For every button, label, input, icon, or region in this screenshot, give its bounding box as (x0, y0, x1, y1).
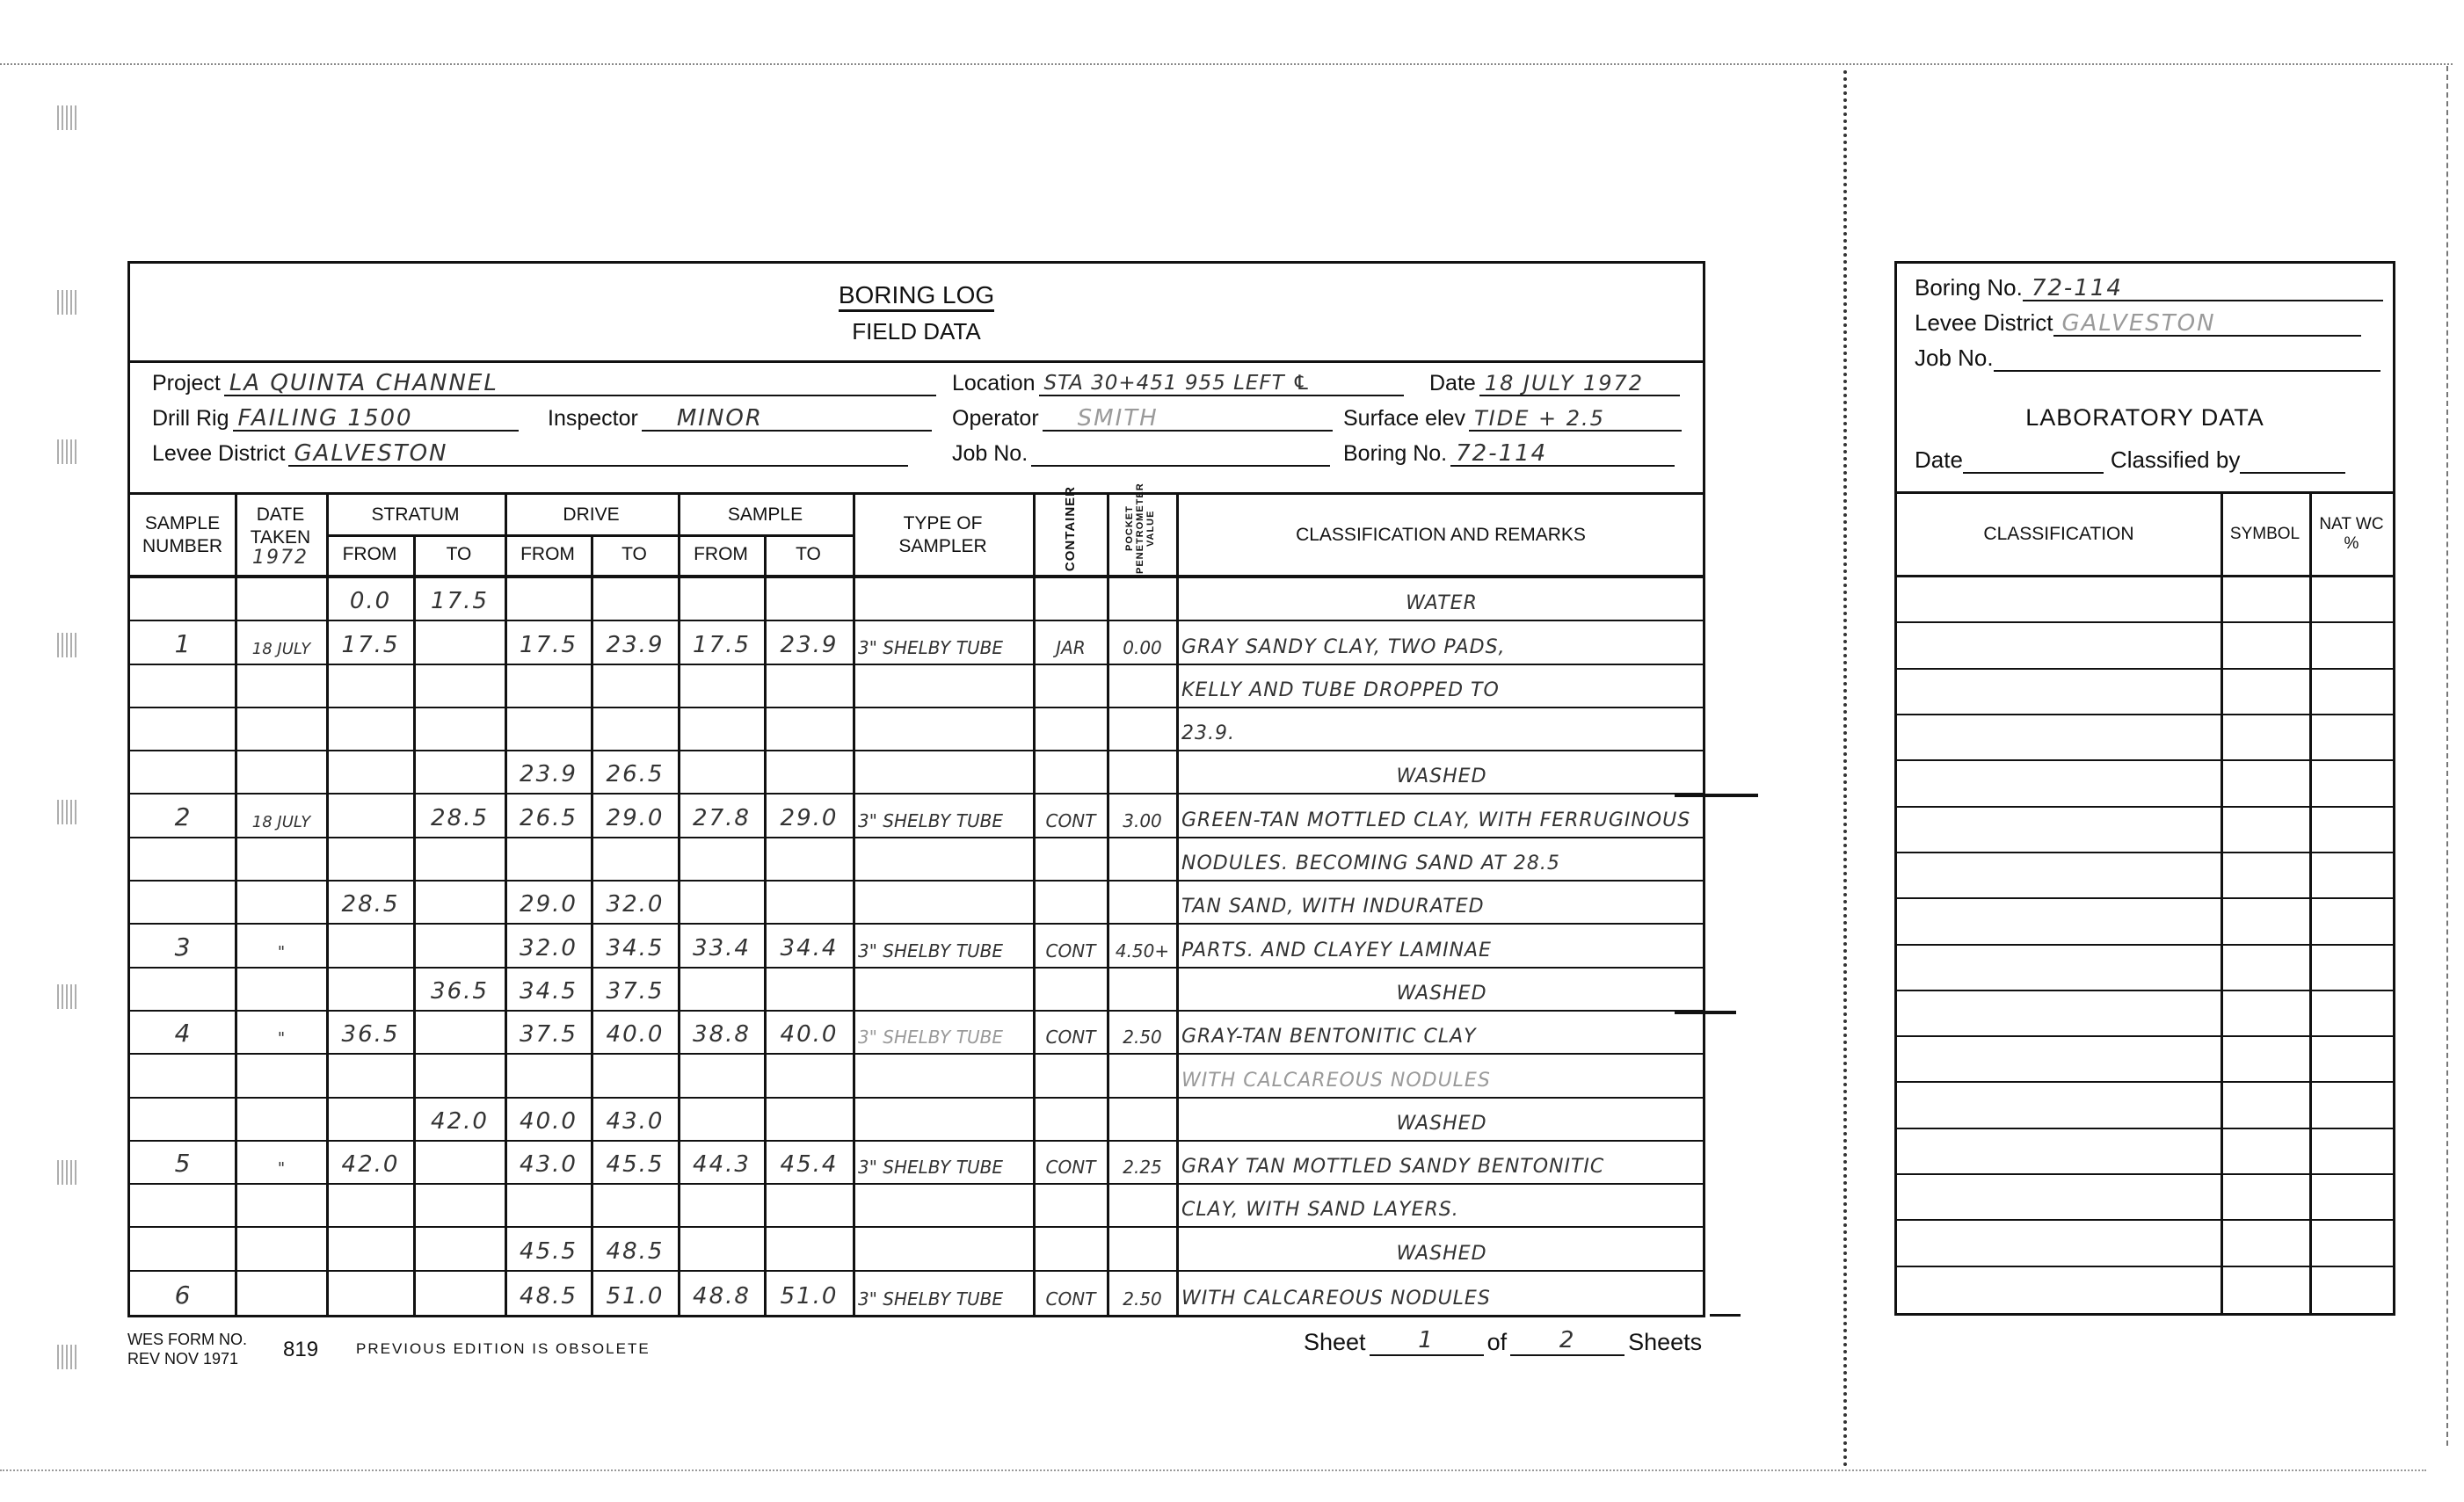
sampler-type-cell[interactable] (858, 969, 1029, 1010)
sample-to-cell[interactable]: 40.0 (769, 1012, 849, 1053)
lab-col-symbol: SYMBOL (2221, 494, 2309, 575)
drive-to-cell[interactable]: 29.0 (596, 795, 674, 836)
paper-top-edge (0, 63, 2453, 65)
lab-classified-by-input[interactable] (2240, 447, 2345, 474)
penetrometer-cell[interactable]: 2.25 (1112, 1142, 1173, 1183)
sample-number-cell[interactable] (135, 1099, 231, 1140)
drive-from-cell[interactable]: 37.5 (510, 1012, 587, 1053)
penetrometer-cell[interactable] (1112, 1185, 1173, 1226)
lab-col-nat-wc: NAT WC % (2309, 494, 2394, 575)
date-cell[interactable] (240, 969, 323, 1010)
drive-from-cell[interactable]: 17.5 (510, 621, 587, 663)
date-cell[interactable] (240, 665, 323, 707)
inspector-input[interactable]: MINOR (642, 405, 932, 432)
form-subtitle: FIELD DATA (130, 318, 1703, 345)
sample-to-cell[interactable] (769, 838, 849, 880)
remarks-cell[interactable]: 23.9. (1181, 708, 1702, 750)
remarks-cell[interactable]: WATER (1181, 578, 1702, 620)
lab-col-classification: CLASSIFICATION (1897, 494, 2221, 575)
container-cell[interactable]: JAR (1038, 621, 1103, 663)
sample-from-cell[interactable] (683, 1228, 760, 1269)
drive-to-cell[interactable] (596, 708, 674, 750)
penetrometer-cell[interactable] (1112, 1055, 1173, 1096)
sample-from-cell[interactable] (683, 708, 760, 750)
date-cell[interactable]: " (240, 1142, 323, 1183)
surface-elev-label: Surface elev (1343, 406, 1469, 432)
total-sheets-input[interactable]: 2 (1510, 1330, 1624, 1356)
penetrometer-cell[interactable]: 2.50 (1112, 1012, 1173, 1053)
project-label: Project (152, 371, 224, 396)
date-input[interactable]: 18 JULY 1972 (1479, 370, 1680, 396)
date-cell[interactable] (240, 1099, 323, 1140)
drive-from-cell[interactable] (510, 1185, 587, 1226)
lab-table-row[interactable] (1897, 946, 2393, 991)
stratum-from-cell[interactable] (331, 708, 410, 750)
drive-to-cell[interactable] (596, 1055, 674, 1096)
sample-from-cell[interactable]: 27.8 (683, 795, 760, 836)
lab-table-row[interactable] (1897, 761, 2393, 807)
remarks-cell[interactable]: TAN SAND, WITH INDURATED (1181, 882, 1702, 923)
container-cell[interactable] (1038, 838, 1103, 880)
remarks-cell[interactable]: PARTS. AND CLAYEY LAMINAE (1181, 925, 1702, 966)
drive-from-cell[interactable]: 23.9 (510, 751, 587, 793)
sample-number-cell[interactable] (135, 838, 231, 880)
stratum-from-cell[interactable] (331, 1228, 410, 1269)
sample-to-cell[interactable] (769, 969, 849, 1010)
stratum-from-cell[interactable]: 17.5 (331, 621, 410, 663)
drive-from-cell[interactable] (510, 838, 587, 880)
container-cell[interactable] (1038, 1228, 1103, 1269)
stratum-from-cell[interactable]: 36.5 (331, 1012, 410, 1053)
sample-from-cell[interactable]: 48.8 (683, 1272, 760, 1315)
job-no-input[interactable] (1031, 440, 1330, 467)
sample-to-cell[interactable]: 51.0 (769, 1272, 849, 1315)
sample-number-cell[interactable] (135, 1055, 231, 1096)
sample-number-cell[interactable] (135, 751, 231, 793)
container-cell[interactable]: CONT (1038, 795, 1103, 836)
sample-number-cell[interactable]: 3 (135, 925, 231, 966)
sample-from-cell[interactable] (683, 882, 760, 923)
sampler-type-cell[interactable] (858, 882, 1029, 923)
lab-table-row[interactable] (1897, 1175, 2393, 1221)
container-cell[interactable] (1038, 882, 1103, 923)
sampler-type-cell[interactable] (858, 1228, 1029, 1269)
remarks-cell[interactable]: GRAY TAN MOTTLED SANDY BENTONITIC (1181, 1142, 1702, 1183)
stratum-to-cell[interactable]: 42.0 (418, 1099, 501, 1140)
paper-bottom-edge (0, 1469, 2426, 1471)
lab-job-no-input[interactable] (1994, 345, 2380, 372)
container-cell[interactable]: CONT (1038, 1142, 1103, 1183)
sample-to-cell[interactable]: 45.4 (769, 1142, 849, 1183)
lab-date-input[interactable] (1963, 447, 2104, 474)
sampler-type-cell[interactable]: 3" SHELBY TUBE (858, 1142, 1029, 1183)
stratum-to-cell[interactable] (418, 925, 501, 966)
levee-district-input[interactable]: GALVESTON (288, 440, 908, 467)
lab-table-row[interactable] (1897, 808, 2393, 853)
lab-boring-no-input[interactable]: 72-114 (2023, 275, 2383, 301)
sample-from-cell[interactable]: 38.8 (683, 1012, 760, 1053)
levee-district-field: Levee District GALVESTON (152, 440, 908, 467)
location-field: Location STA 30+451 955 LEFT ℄ (952, 370, 1404, 396)
date-cell[interactable] (240, 708, 323, 750)
sample-number-cell[interactable] (135, 1185, 231, 1226)
stratum-from-cell[interactable] (331, 751, 410, 793)
container-cell[interactable]: CONT (1038, 1272, 1103, 1315)
surface-elev-input[interactable]: TIDE + 2.5 (1469, 405, 1682, 432)
penetrometer-cell[interactable]: 0.00 (1112, 621, 1173, 663)
lab-title: LABORATORY DATA (1897, 404, 2393, 432)
sample-to-cell[interactable] (769, 1185, 849, 1226)
lab-table-row[interactable] (1897, 623, 2393, 669)
penetrometer-cell[interactable] (1112, 969, 1173, 1010)
drive-to-cell[interactable] (596, 1185, 674, 1226)
col-sample: SAMPLE (678, 495, 853, 534)
lab-table-row[interactable] (1897, 991, 2393, 1037)
lab-table-header: CLASSIFICATION SYMBOL NAT WC % (1897, 494, 2393, 577)
container-cell[interactable]: CONT (1038, 925, 1103, 966)
sample-number-cell[interactable] (135, 969, 231, 1010)
sample-number-cell[interactable]: 4 (135, 1012, 231, 1053)
date-cell[interactable] (240, 1185, 323, 1226)
penetrometer-cell[interactable] (1112, 751, 1173, 793)
container-cell[interactable]: CONT (1038, 1012, 1103, 1053)
remarks-cell[interactable]: WASHED (1181, 751, 1702, 793)
header-divider (853, 495, 855, 575)
container-cell[interactable] (1038, 1099, 1103, 1140)
date-label: Date (1429, 371, 1479, 396)
drive-from-cell[interactable]: 29.0 (510, 882, 587, 923)
info-fields: Project LA QUINTA CHANNEL Location STA 3… (130, 363, 1703, 495)
container-cell[interactable] (1038, 1185, 1103, 1226)
lab-table-row[interactable] (1897, 1267, 2393, 1313)
sample-from-cell[interactable]: 33.4 (683, 925, 760, 966)
location-input[interactable]: STA 30+451 955 LEFT ℄ (1039, 370, 1404, 396)
lab-job-no-field: Job No. (1915, 345, 2380, 372)
lab-table-row[interactable] (1897, 715, 2393, 761)
remarks-cell[interactable]: WITH CALCAREOUS NODULES (1181, 1055, 1702, 1096)
sample-from-cell[interactable] (683, 1099, 760, 1140)
sample-from-cell[interactable] (683, 969, 760, 1010)
drive-to-cell[interactable] (596, 665, 674, 707)
drive-from-cell[interactable]: 43.0 (510, 1142, 587, 1183)
sample-to-cell[interactable]: 23.9 (769, 621, 849, 663)
stratum-from-cell[interactable] (331, 838, 410, 880)
drive-from-cell[interactable]: 32.0 (510, 925, 587, 966)
date-cell[interactable] (240, 1055, 323, 1096)
header-divider (505, 495, 507, 575)
stratum-to-cell[interactable] (418, 708, 501, 750)
lab-table-body (1897, 577, 2393, 1313)
remarks-cell[interactable]: GREEN-TAN MOTTLED CLAY, WITH FERRUGINOUS (1181, 795, 1702, 836)
sample-number-cell[interactable] (135, 665, 231, 707)
drive-from-cell[interactable]: 48.5 (510, 1272, 587, 1315)
sample-to-cell[interactable] (769, 578, 849, 620)
sample-from-cell[interactable] (683, 751, 760, 793)
container-cell[interactable] (1038, 708, 1103, 750)
drive-to-cell[interactable]: 23.9 (596, 621, 674, 663)
form-number-block: WES FORM NO. REV NOV 1971 (127, 1330, 247, 1368)
stratum-from-cell[interactable]: 28.5 (331, 882, 410, 923)
sample-from-cell[interactable] (683, 1055, 760, 1096)
sample-from-cell[interactable]: 17.5 (683, 621, 760, 663)
sample-number-cell[interactable]: 2 (135, 795, 231, 836)
date-cell[interactable] (240, 578, 323, 620)
lab-boring-no-field: Boring No. 72-114 (1915, 274, 2383, 301)
stratum-from-cell[interactable] (331, 1272, 410, 1315)
levee-district-label: Levee District (152, 441, 288, 467)
container-cell[interactable] (1038, 751, 1103, 793)
stratum-to-cell[interactable] (418, 838, 501, 880)
lab-table-row[interactable] (1897, 577, 2393, 623)
stratum-to-cell[interactable] (418, 621, 501, 663)
remarks-cell[interactable]: GRAY SANDY CLAY, TWO PADS, (1181, 621, 1702, 663)
sampler-type-cell[interactable] (858, 1185, 1029, 1226)
sample-to-cell[interactable] (769, 882, 849, 923)
stratum-to-cell[interactable] (418, 1272, 501, 1315)
stratum-to-cell[interactable] (418, 665, 501, 707)
drive-to-cell[interactable] (596, 838, 674, 880)
stratum-to-cell[interactable] (418, 1012, 501, 1053)
log-table-body: 0.017.5WATER118 JULY17.517.523.917.523.9… (130, 578, 1703, 1315)
stratum-to-cell[interactable] (418, 751, 501, 793)
lab-table-row[interactable] (1897, 853, 2393, 899)
sample-from-cell[interactable] (683, 665, 760, 707)
sampler-type-cell[interactable] (858, 665, 1029, 707)
penetrometer-cell[interactable] (1112, 838, 1173, 880)
stratum-to-cell[interactable] (418, 1055, 501, 1096)
drive-from-cell[interactable] (510, 578, 587, 620)
margin-mark (57, 984, 76, 1009)
laboratory-data-form: Boring No. 72-114 Levee District GALVEST… (1894, 261, 2395, 1316)
sample-number-cell[interactable]: 1 (135, 621, 231, 663)
header-divider (678, 495, 680, 575)
container-cell[interactable] (1038, 665, 1103, 707)
penetrometer-cell[interactable] (1112, 1228, 1173, 1269)
margin-mark (57, 1345, 76, 1369)
stratum-to-cell[interactable]: 17.5 (418, 578, 501, 620)
table-row: KELLY AND TUBE DROPPED TO (130, 665, 1703, 708)
container-cell[interactable] (1038, 969, 1103, 1010)
sample-number-cell[interactable] (135, 1228, 231, 1269)
sample-to-cell[interactable] (769, 708, 849, 750)
lab-header: Boring No. 72-114 Levee District GALVEST… (1897, 264, 2393, 494)
penetrometer-cell[interactable]: 4.50+ (1112, 925, 1173, 966)
penetrometer-cell[interactable] (1112, 578, 1173, 620)
boring-no-input[interactable]: 72-114 (1450, 440, 1675, 467)
remarks-cell[interactable]: GRAY-TAN BENTONITIC CLAY (1181, 1012, 1702, 1053)
drill-rig-input[interactable]: FAILING 1500 (233, 405, 519, 432)
table-row: 23.9. (130, 708, 1703, 751)
header-divider (1033, 495, 1036, 575)
header-divider (413, 534, 416, 575)
date-cell[interactable]: 18 JULY (240, 795, 323, 836)
sampler-type-cell[interactable] (858, 578, 1029, 620)
lab-table-row[interactable] (1897, 670, 2393, 715)
remarks-cell[interactable]: NODULES. BECOMING SAND AT 28.5 (1181, 838, 1702, 880)
stratum-from-cell[interactable] (331, 1055, 410, 1096)
penetrometer-cell[interactable] (1112, 708, 1173, 750)
sample-to-cell[interactable] (769, 1055, 849, 1096)
table-row: WITH CALCAREOUS NODULES (130, 1055, 1703, 1098)
margin-tick (1710, 1314, 1741, 1317)
remarks-cell[interactable]: WASHED (1181, 969, 1702, 1010)
lab-levee-district-field: Levee District GALVESTON (1915, 309, 2361, 337)
stratum-from-cell[interactable] (331, 969, 410, 1010)
drive-from-cell[interactable] (510, 708, 587, 750)
sample-number-cell[interactable] (135, 882, 231, 923)
penetrometer-cell[interactable] (1112, 1099, 1173, 1140)
sampler-type-cell[interactable] (858, 1055, 1029, 1096)
sample-to-cell[interactable] (769, 751, 849, 793)
table-row: 42.040.043.0WASHED (130, 1099, 1703, 1142)
drive-from-cell[interactable]: 34.5 (510, 969, 587, 1010)
lab-table-row[interactable] (1897, 1083, 2393, 1128)
col-pocket-penetrometer: POCKET PENETROMETER VALUE (1107, 483, 1176, 575)
sampler-type-cell[interactable]: 3" SHELBY TUBE (858, 795, 1029, 836)
sampler-type-cell[interactable]: 3" SHELBY TUBE (858, 1272, 1029, 1315)
drive-to-cell[interactable]: 43.0 (596, 1099, 674, 1140)
date-cell[interactable]: " (240, 925, 323, 966)
drill-rig-field: Drill Rig FAILING 1500 (152, 405, 519, 432)
margin-mark (57, 439, 76, 464)
table-row: CLAY, WITH SAND LAYERS. (130, 1185, 1703, 1228)
project-input[interactable]: LA QUINTA CHANNEL (224, 370, 936, 396)
table-row: 218 JULY28.526.529.027.829.03" SHELBY TU… (130, 795, 1703, 838)
sample-to-cell[interactable] (769, 1228, 849, 1269)
remarks-cell[interactable]: KELLY AND TUBE DROPPED TO (1181, 665, 1702, 707)
date-cell[interactable]: " (240, 1012, 323, 1053)
drive-from-cell[interactable]: 26.5 (510, 795, 587, 836)
lab-table-row[interactable] (1897, 899, 2393, 945)
stratum-from-cell[interactable] (331, 1099, 410, 1140)
lab-table-row[interactable] (1897, 1037, 2393, 1083)
log-table-header: SAMPLE NUMBER DATE TAKEN 1972 STRATUM DR… (130, 495, 1703, 578)
form-title-area: BORING LOG FIELD DATA (130, 264, 1703, 363)
container-cell[interactable] (1038, 1055, 1103, 1096)
date-cell[interactable] (240, 1228, 323, 1269)
stratum-to-cell[interactable] (418, 1228, 501, 1269)
sheets-label: Sheets (1628, 1329, 1702, 1356)
sheet-count: Sheet 1 of 2 Sheets (1304, 1329, 1702, 1356)
stratum-from-cell[interactable] (331, 665, 410, 707)
drive-to-cell[interactable]: 51.0 (596, 1272, 674, 1315)
sample-to-cell[interactable]: 29.0 (769, 795, 849, 836)
col-stratum-from: FROM (326, 534, 413, 575)
col-container: CONTAINER (1033, 483, 1107, 575)
stratum-to-cell[interactable]: 28.5 (418, 795, 501, 836)
operator-label: Operator (952, 406, 1043, 432)
drive-from-cell[interactable]: 45.5 (510, 1228, 587, 1269)
date-cell[interactable] (240, 882, 323, 923)
drill-rig-label: Drill Rig (152, 406, 233, 432)
sample-number-cell[interactable]: 6 (135, 1272, 231, 1315)
sample-number-cell[interactable] (135, 708, 231, 750)
lab-table-row[interactable] (1897, 1221, 2393, 1266)
sheet-number-input[interactable]: 1 (1370, 1330, 1484, 1356)
sample-to-cell[interactable] (769, 1099, 849, 1140)
margin-mark (57, 105, 76, 130)
table-row: NODULES. BECOMING SAND AT 28.5 (130, 838, 1703, 882)
lab-levee-district-input[interactable]: GALVESTON (2053, 310, 2361, 337)
header-divider (764, 534, 767, 575)
remarks-cell[interactable]: WITH CALCAREOUS NODULES (1181, 1272, 1702, 1315)
stratum-from-cell[interactable] (331, 795, 410, 836)
lab-classified-by-label: Classified by (2111, 446, 2240, 474)
drive-to-cell[interactable]: 32.0 (596, 882, 674, 923)
date-year: 1972 (252, 549, 309, 567)
sampler-type-cell[interactable] (858, 838, 1029, 880)
drive-to-cell[interactable]: 37.5 (596, 969, 674, 1010)
drive-to-cell[interactable] (596, 578, 674, 620)
date-taken-label: DATE TAKEN (235, 504, 326, 549)
date-cell[interactable] (240, 838, 323, 880)
stratum-from-cell[interactable] (331, 925, 410, 966)
sample-from-cell[interactable] (683, 578, 760, 620)
drive-to-cell[interactable]: 45.5 (596, 1142, 674, 1183)
drive-from-cell[interactable] (510, 1055, 587, 1096)
remarks-cell[interactable]: CLAY, WITH SAND LAYERS. (1181, 1185, 1702, 1226)
sampler-type-cell[interactable] (858, 708, 1029, 750)
sheet-label: Sheet (1304, 1329, 1366, 1356)
stratum-to-cell[interactable] (418, 1185, 501, 1226)
drive-from-cell[interactable] (510, 665, 587, 707)
col-date-taken: DATE TAKEN 1972 (235, 495, 326, 575)
sample-to-cell[interactable]: 34.4 (769, 925, 849, 966)
date-cell[interactable]: 18 JULY (240, 621, 323, 663)
remarks-cell[interactable]: WASHED (1181, 1099, 1702, 1140)
drive-from-cell[interactable]: 40.0 (510, 1099, 587, 1140)
sample-number-cell[interactable] (135, 578, 231, 620)
sampler-type-cell[interactable]: 3" SHELBY TUBE (858, 925, 1029, 966)
remarks-cell[interactable]: WASHED (1181, 1228, 1702, 1269)
sampler-type-cell[interactable] (858, 1099, 1029, 1140)
sample-from-cell[interactable] (683, 838, 760, 880)
stratum-to-cell[interactable] (418, 1142, 501, 1183)
operator-input[interactable]: SMITH (1043, 405, 1333, 432)
stratum-to-cell[interactable]: 36.5 (418, 969, 501, 1010)
sample-to-cell[interactable] (769, 665, 849, 707)
penetrometer-cell[interactable]: 2.50 (1112, 1272, 1173, 1315)
penetrometer-cell[interactable] (1112, 665, 1173, 707)
penetrometer-cell[interactable]: 3.00 (1112, 795, 1173, 836)
stratum-to-cell[interactable] (418, 882, 501, 923)
drive-to-cell[interactable]: 40.0 (596, 1012, 674, 1053)
sampler-type-cell[interactable]: 3" SHELBY TUBE (858, 621, 1029, 663)
date-cell[interactable] (240, 751, 323, 793)
stratum-from-cell[interactable]: 0.0 (331, 578, 410, 620)
stratum-from-cell[interactable] (331, 1185, 410, 1226)
lab-table-row[interactable] (1897, 1129, 2393, 1175)
sample-from-cell[interactable] (683, 1185, 760, 1226)
penetrometer-cell[interactable] (1112, 882, 1173, 923)
date-cell[interactable] (240, 1272, 323, 1315)
table-row: 4"36.537.540.038.840.03" SHELBY TUBECONT… (130, 1012, 1703, 1055)
table-row: 28.529.032.0TAN SAND, WITH INDURATED (130, 882, 1703, 925)
sample-from-cell[interactable]: 44.3 (683, 1142, 760, 1183)
stratum-from-cell[interactable]: 42.0 (331, 1142, 410, 1183)
margin-mark (57, 800, 76, 824)
form-revision: REV NOV 1971 (127, 1349, 247, 1368)
drive-to-cell[interactable]: 48.5 (596, 1228, 674, 1269)
drive-to-cell[interactable]: 34.5 (596, 925, 674, 966)
container-cell[interactable] (1038, 578, 1103, 620)
lab-boring-no-label: Boring No. (1915, 274, 2023, 301)
sampler-type-cell[interactable]: 3" SHELBY TUBE (858, 1012, 1029, 1053)
sample-number-cell[interactable]: 5 (135, 1142, 231, 1183)
of-label: of (1487, 1329, 1508, 1356)
sampler-type-cell[interactable] (858, 751, 1029, 793)
drive-to-cell[interactable]: 26.5 (596, 751, 674, 793)
